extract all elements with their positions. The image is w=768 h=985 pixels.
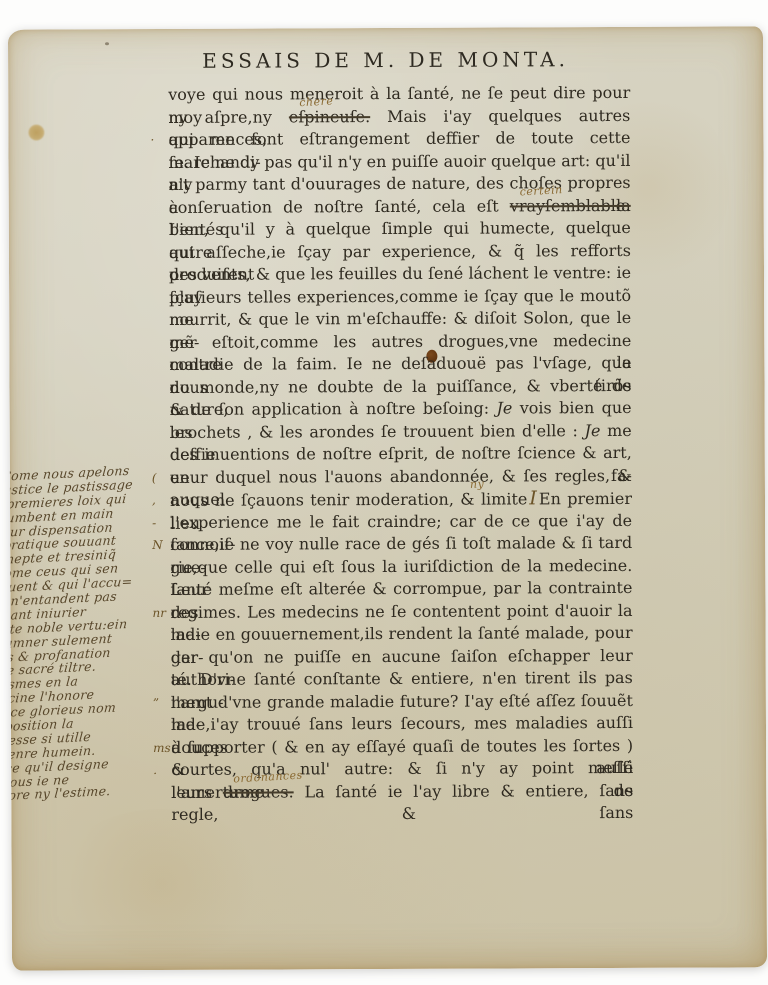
corrected-word: ny& (460, 490, 474, 509)
book-page: ESSAIS DE M. DE MONTA. voye qui nous men… (8, 26, 767, 970)
text-line: ,nous ne ſçauons tenir moderation, ny& l… (170, 487, 632, 512)
text-line: qui aſſeche,ie ſçay par experience, & q̃… (169, 239, 631, 264)
scan-background: { "page": { "header": "ESSAIS DE M. DE M… (0, 0, 768, 985)
text-line: nrregimes. Les medecins ne ſe contentent… (170, 599, 632, 624)
text-line: -l'experience me le fait craindre; car d… (170, 509, 632, 534)
text-line: du monde,ny ne doubte de la puiſſance, &… (169, 374, 631, 399)
text-line: ”ment d'vne grande maladie future? I'ay … (171, 689, 633, 714)
corrected-word: ordonancesdrogues. (223, 782, 294, 801)
handwritten-correction: ordonances (233, 769, 303, 784)
printed-text: leurs (171, 782, 223, 801)
handwritten-margin-mark: · (150, 130, 166, 150)
text-line: ſe. Ie ne dy pas qu'il n'y en puiſſe auo… (168, 149, 630, 174)
text-line: pluſieurs telles experiences,comme ie ſç… (169, 284, 631, 309)
text-line: ladie en gouuernement,ils rendent la ſan… (171, 622, 633, 647)
text-line: voye qui nous meneroit à la ſanté, ne ſe… (168, 82, 630, 107)
paper-speck (105, 42, 109, 45)
handwritten-correction: chere (299, 95, 334, 108)
marginalia-note: Come nous apelonsustice le pastissagepre… (8, 462, 172, 805)
handwritten-correction: ny (470, 478, 485, 490)
running-head: ESSAIS DE M. DE MONTA. (8, 46, 763, 73)
handwritten-margin-mark: ” (153, 692, 169, 712)
text-line: ſanté meſme eſt alterée & corrompue, par… (170, 577, 632, 602)
corrected-word: certeinvrayſemblable: (510, 195, 631, 215)
insertion-mark: I (527, 487, 539, 509)
text-line: & de ſon application à noſtre beſoing: J… (170, 397, 632, 422)
printed-text: limite (474, 489, 527, 508)
printed-text: nous ne ſçauons tenir moderation, (170, 490, 460, 510)
handwritten-margin-mark: ms (153, 737, 169, 757)
text-line: leurs ordonancesdrogues. La ſanté ie l'a… (171, 779, 633, 804)
struck-text: eſpineuſe. (289, 107, 370, 126)
text-line: des inuentions de noſtre eſprit, de noſt… (170, 442, 632, 467)
corrected-word: chereeſpineuſe. (289, 107, 370, 126)
printed-text: Je (496, 398, 512, 417)
text-line: des vents, & que les feuilles du ſené lá… (169, 262, 631, 287)
printed-text: Je (584, 421, 600, 440)
struck-text: vrayſemblable: (510, 195, 631, 215)
printed-text: ny aſpre,ny (168, 107, 289, 127)
printed-text: conſeruation de noſtre ſanté, cela eſt (169, 196, 510, 216)
text-line: der qu'on ne puiſſe en aucune ſaiſon eſc… (171, 644, 633, 669)
text-line: maladie de la faim. Ie ne deſaduouë pas … (169, 352, 631, 377)
body-text: voye qui nous meneroit à la ſanté, ne ſe… (168, 82, 633, 804)
text-line: (ueur duquel nous l'auons abandonnée, & … (170, 464, 632, 489)
text-line: ny aſpre,ny chereeſpineuſe. Mais i'ay qu… (168, 104, 630, 129)
text-line: ·qui me font eſtrangement deffier de tou… (168, 127, 630, 152)
text-line: té. D'vne ſanté conſtante & entiere, n'e… (171, 667, 633, 692)
text-line: rie,que celle qui eſt ſous la iuriſdicti… (170, 554, 632, 579)
text-line: nourrit, & que le vin m'eſchauffe: & diſ… (169, 307, 631, 332)
printed-text: & (460, 490, 474, 509)
printed-text: & de ſon application à noſtre beſoing: (170, 399, 497, 419)
text-line: bien, qu'il y à quelque ſimple qui humec… (169, 217, 631, 242)
text-line: brochets , & les arondes ſe trouuent bie… (170, 419, 632, 444)
text-line: Nſance,ie ne voy nulle race de gés ſi to… (170, 532, 632, 557)
paper-stain (51, 809, 272, 960)
text-line: ger eſtoit,comme les autres drogues,vne … (169, 329, 631, 354)
text-line: lade,i'ay trouué ſans leurs ſecours, mes… (171, 712, 633, 737)
text-line: msà ſupporter ( & en ay eſſayé quaſi de … (171, 734, 633, 759)
handwritten-margin-mark: . (153, 760, 169, 780)
paper-stain (28, 124, 44, 140)
handwritten-correction: certein (519, 184, 563, 197)
printed-text: brochets , & les arondes ſe trouuent bie… (170, 421, 585, 442)
text-line: conſeruation de noſtre ſanté, cela eſt c… (169, 194, 631, 219)
